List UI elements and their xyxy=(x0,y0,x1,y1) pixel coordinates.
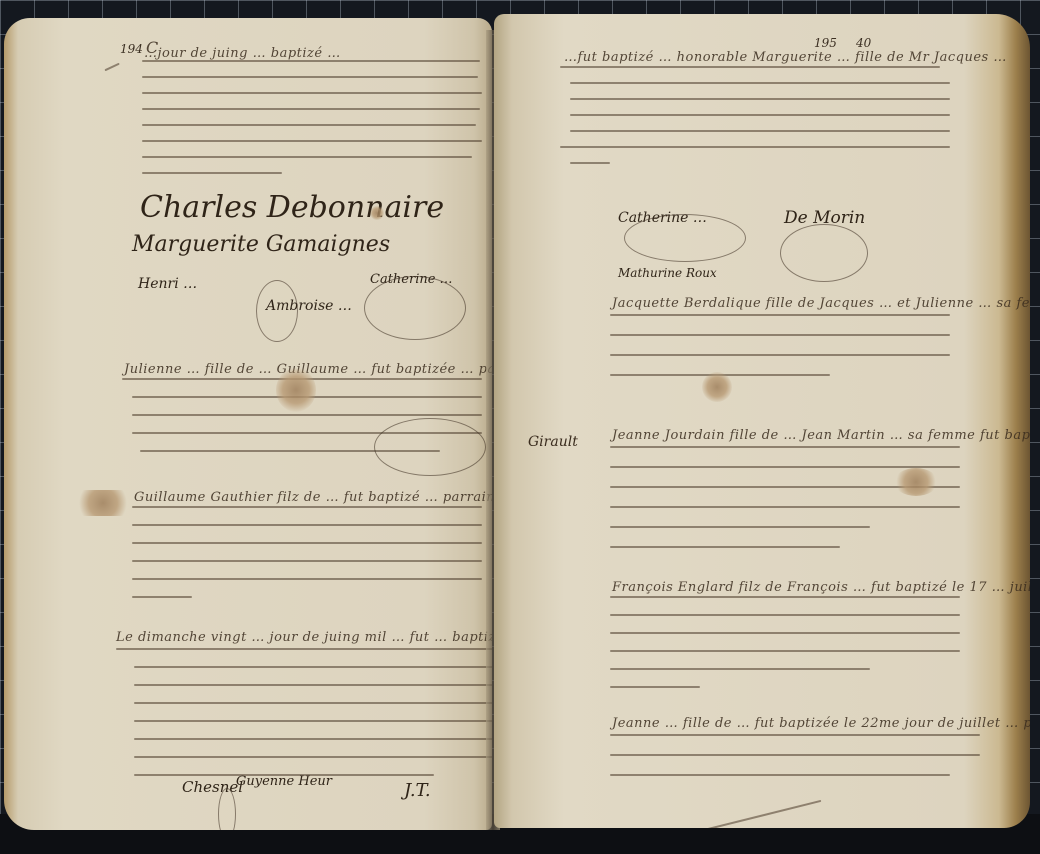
entry-text-fragment: Le dimanche vingt … jour de juing mil … … xyxy=(116,630,492,645)
left-page: 194 C …jour de juing … baptizé … Charles… xyxy=(4,18,492,830)
entry-text-fragment: Jacquette Berdalique fille de Jacques … … xyxy=(612,296,1030,311)
signature-mark: J.T. xyxy=(404,780,431,801)
entry-text-fragment: …jour de juing … baptizé … xyxy=(144,46,341,61)
entry-text-fragment: Jeanne Jourdain fille de … Jean Martin …… xyxy=(612,428,1030,443)
entry-text-fragment: …fut baptizé … honorable Marguerite … fi… xyxy=(564,50,1007,65)
signature: Guyenne Heur xyxy=(236,774,332,789)
signature: Henri … xyxy=(138,276,197,292)
folio-number-right: 195 xyxy=(814,36,837,50)
margin-note: Girault xyxy=(528,434,578,450)
entry-text-fragment: Guillaume Gauthier filz de … fut baptizé… xyxy=(134,490,492,505)
signature: Charles Debonnaire xyxy=(140,190,444,225)
folio-number-left: 194 xyxy=(120,42,143,56)
folio-mark: 40 xyxy=(856,36,871,50)
signature: Marguerite Gamaignes xyxy=(132,232,390,257)
entry-text-fragment: François Englard filz de François … fut … xyxy=(612,580,1030,595)
signature: Mathurine Roux xyxy=(618,266,717,280)
right-page: 195 40 …fut baptizé … honorable Margueri… xyxy=(494,14,1030,828)
signature: Chesnel xyxy=(182,778,243,796)
entry-text-fragment: Jeanne … fille de … fut baptizée le 22me… xyxy=(612,716,1030,731)
